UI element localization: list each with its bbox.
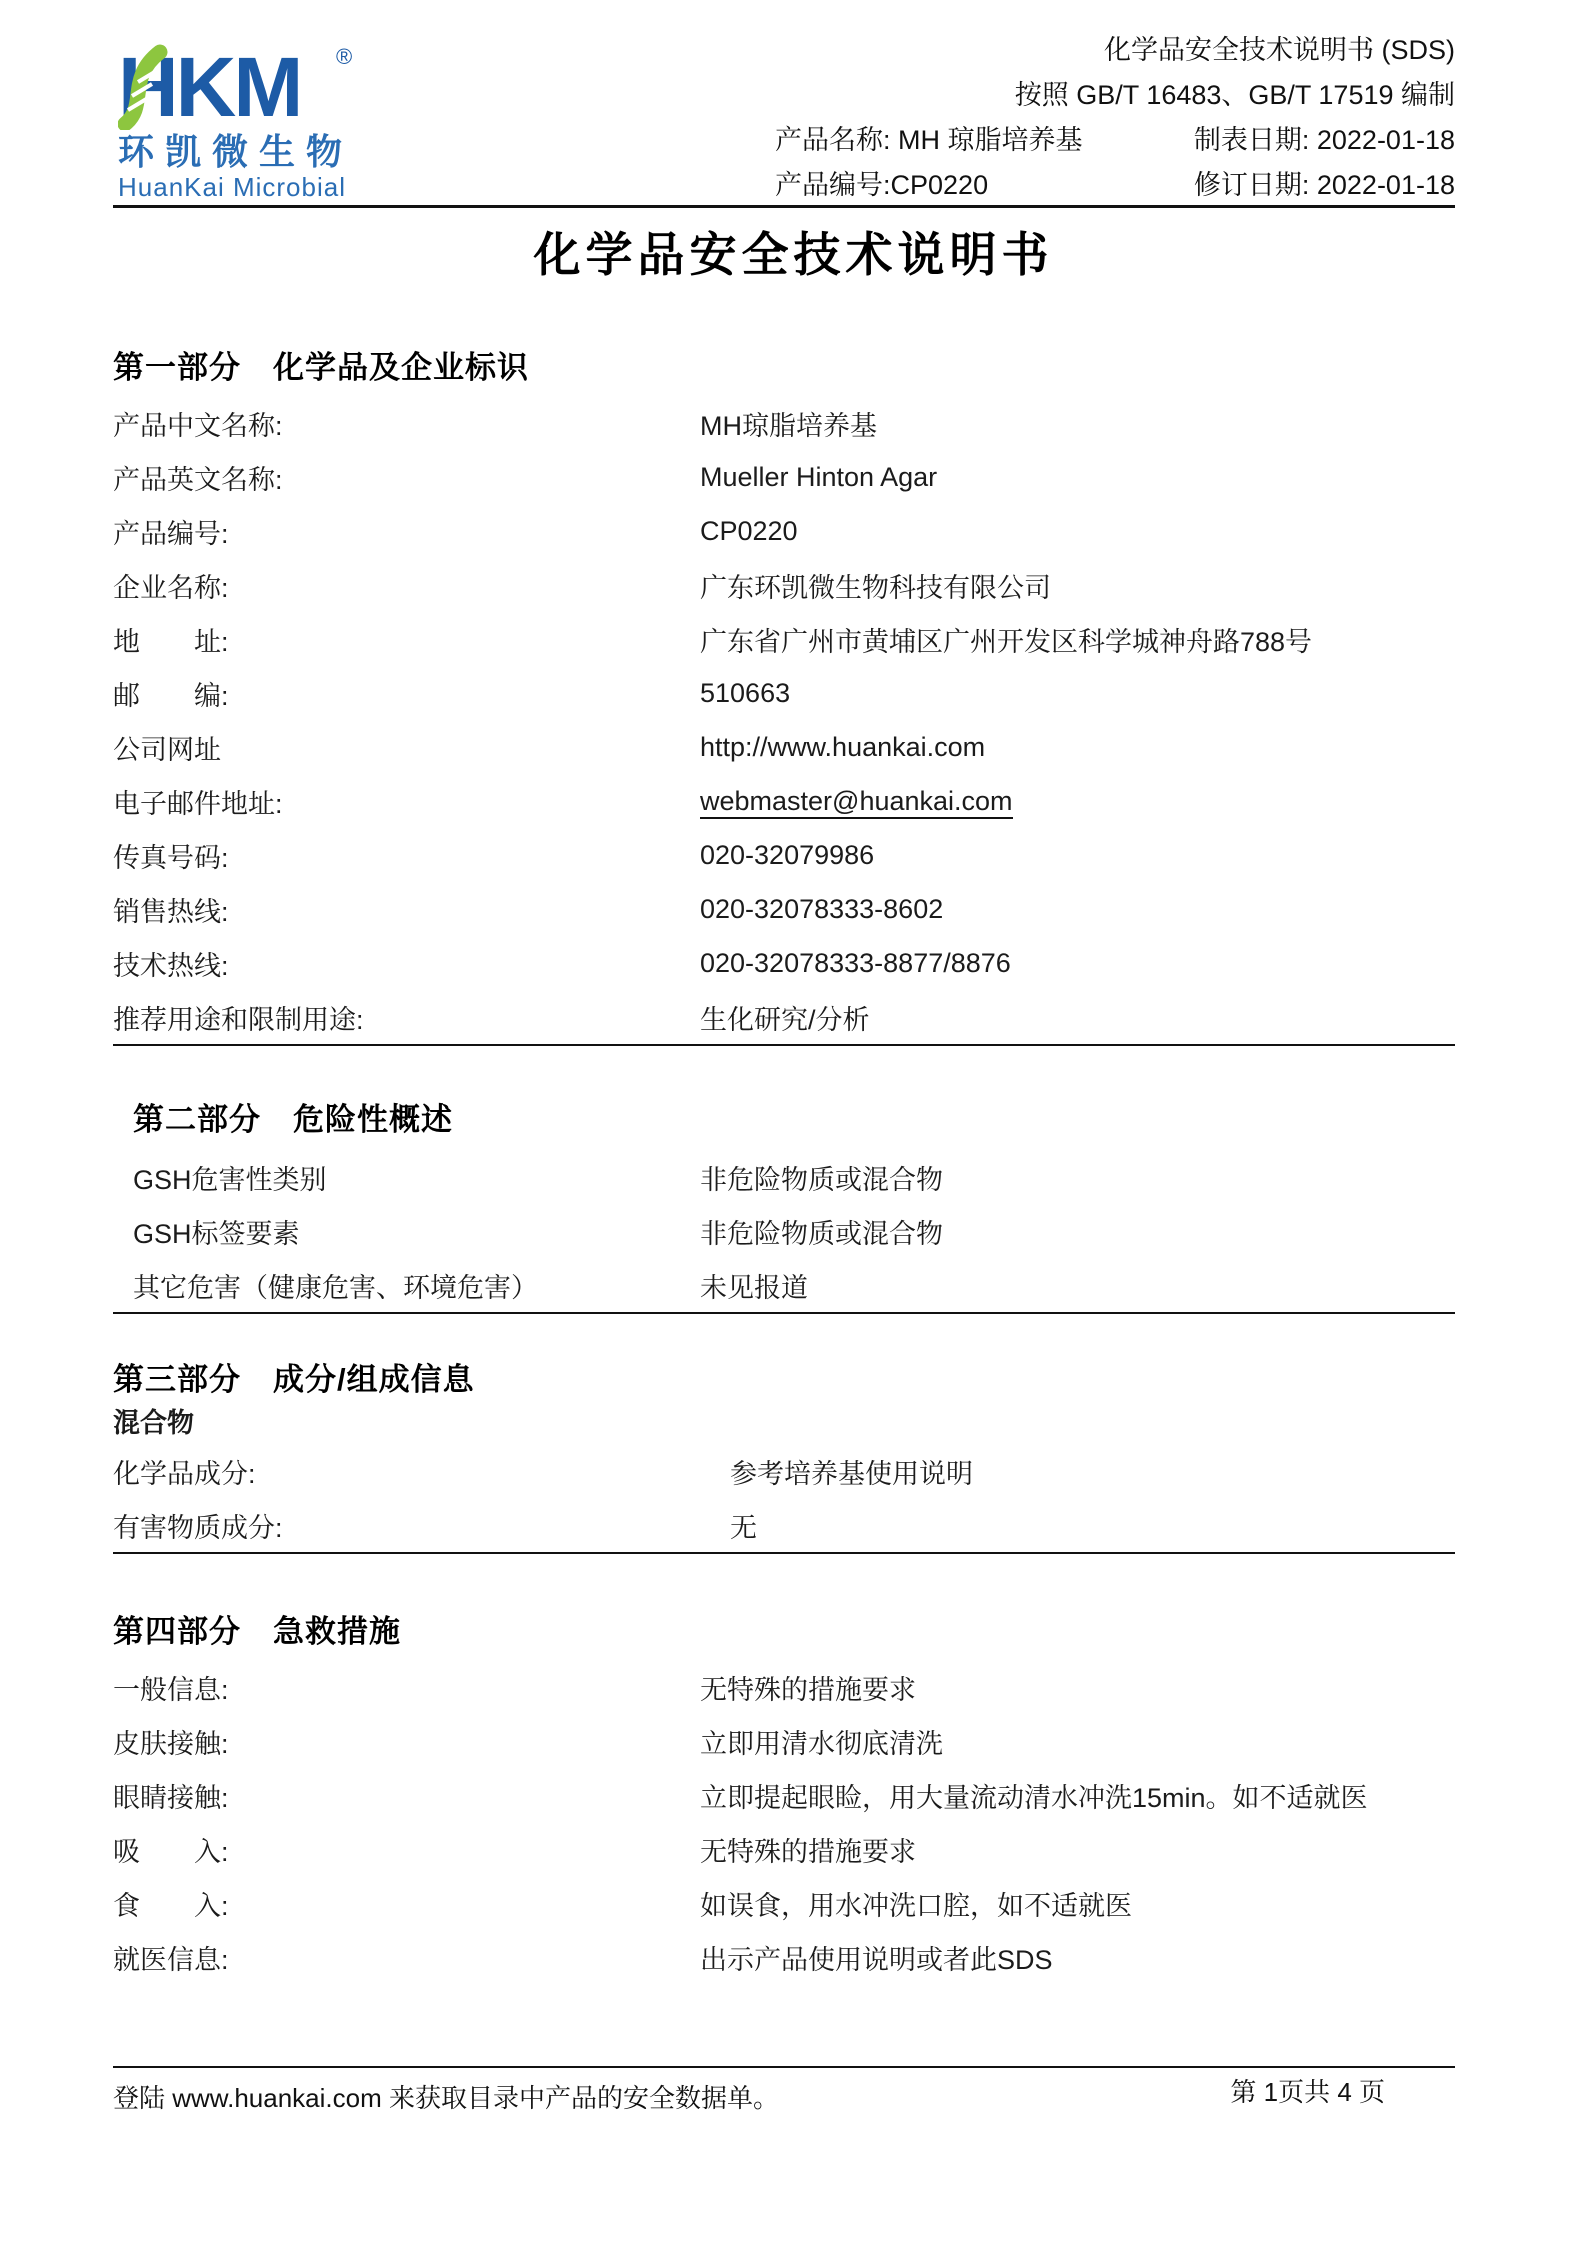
section-3: 第三部分 成分/组成信息 混合物 化学品成分:参考培养基使用说明 有害物质成分:… — [113, 1358, 1455, 1552]
field-row: 技术热线:020-32078333-8877/8876 — [113, 936, 1455, 990]
field-row: 皮肤接触:立即用清水彻底清洗 — [113, 1714, 1455, 1768]
doc-type-line: 化学品安全技术说明书 (SDS) — [775, 28, 1455, 73]
field-row: 企业名称:广东环凯微生物科技有限公司 — [113, 558, 1455, 612]
field-value: 参考培养基使用说明 — [730, 1452, 1455, 1491]
standard-line: 按照 GB/T 16483、GB/T 17519 编制 — [775, 73, 1455, 118]
field-label: 化学品成分: — [113, 1452, 730, 1491]
document-body: 第一部分 化学品及企业标识 产品中文名称:MH琼脂培养基 产品英文名称:Muel… — [113, 330, 1455, 1984]
field-label: 邮 编: — [113, 674, 700, 713]
section-1: 产品中文名称:MH琼脂培养基 产品英文名称:Mueller Hinton Aga… — [113, 396, 1455, 1044]
field-value: 无特殊的措施要求 — [700, 1668, 1455, 1707]
field-row: 推荐用途和限制用途:生化研究/分析 — [113, 990, 1455, 1044]
document-header-meta: 化学品安全技术说明书 (SDS) 按照 GB/T 16483、GB/T 1751… — [775, 28, 1455, 208]
field-label: 公司网址 — [113, 728, 700, 767]
field-value: 无 — [730, 1506, 1455, 1545]
page-number: 第 1页共 4 页 — [1230, 2072, 1385, 2109]
hkm-logo-icon: HKM ® — [118, 42, 418, 130]
header-divider — [113, 205, 1455, 208]
section-4-heading: 第四部分 急救措施 — [113, 1610, 1455, 1654]
field-label: 产品中文名称: — [113, 404, 700, 443]
footer-note: 登陆 www.huankai.com 来获取目录中产品的安全数据单。 — [113, 2078, 779, 2115]
field-label: 皮肤接触: — [113, 1722, 700, 1761]
field-label: GSH标签要素 — [133, 1212, 700, 1251]
field-value: 非危险物质或混合物 — [700, 1158, 1455, 1197]
section-2: 第二部分 危险性概述 GSH危害性类别非危险物质或混合物 GSH标签要素非危险物… — [113, 1098, 1455, 1312]
hkm-logo-svg: HKM ® — [118, 42, 418, 130]
section-3-subheading: 混合物 — [113, 1402, 1455, 1444]
field-label: 有害物质成分: — [113, 1506, 730, 1545]
field-value: 无特殊的措施要求 — [700, 1830, 1455, 1869]
website-url: http://www.huankai.com — [700, 732, 1455, 763]
field-value: 出示产品使用说明或者此SDS — [700, 1938, 1455, 1977]
field-row: 眼睛接触:立即提起眼睑，用大量流动清水冲洗15min。如不适就医 — [113, 1768, 1455, 1822]
field-label: GSH危害性类别 — [133, 1158, 700, 1197]
page-footer: 登陆 www.huankai.com 来获取目录中产品的安全数据单。 第 1页共… — [113, 2066, 1455, 2115]
field-label: 技术热线: — [113, 944, 700, 983]
field-label: 推荐用途和限制用途: — [113, 998, 700, 1037]
field-label: 食 入: — [113, 1884, 700, 1923]
section-divider — [113, 1044, 1455, 1046]
field-label: 传真号码: — [113, 836, 700, 875]
product-code: 产品编号:CP0220 — [775, 163, 988, 208]
field-row: 吸 入:无特殊的措施要求 — [113, 1822, 1455, 1876]
field-row: 其它危害（健康危害、环境危害）未见报道 — [133, 1258, 1455, 1312]
field-value: 020-32078333-8877/8876 — [700, 948, 1455, 979]
field-row: 化学品成分:参考培养基使用说明 — [113, 1444, 1455, 1498]
revised-date: 修订日期: 2022-01-18 — [1194, 163, 1455, 208]
section-2-heading: 第二部分 危险性概述 — [133, 1098, 1455, 1142]
field-row: 地 址:广东省广州市黄埔区广州开发区科学城神舟路788号 — [113, 612, 1455, 666]
created-date: 制表日期: 2022-01-18 — [1194, 118, 1455, 163]
field-label: 企业名称: — [113, 566, 700, 605]
field-row: 电子邮件地址:webmaster@huankai.com — [113, 774, 1455, 828]
company-logo: HKM ® 环凯微生物 HuanKai Microbial — [118, 42, 418, 202]
field-row: 公司网址http://www.huankai.com — [113, 720, 1455, 774]
field-row: 传真号码:020-32079986 — [113, 828, 1455, 882]
field-row: GSH标签要素非危险物质或混合物 — [133, 1204, 1455, 1258]
section-3-heading: 第三部分 成分/组成信息 — [113, 1358, 1455, 1402]
company-name-en: HuanKai Microbial — [118, 172, 418, 202]
field-row: 产品编号:CP0220 — [113, 504, 1455, 558]
field-value: 如误食，用水冲洗口腔，如不适就医 — [700, 1884, 1455, 1923]
field-label: 就医信息: — [113, 1938, 700, 1977]
field-row: 有害物质成分:无 — [113, 1498, 1455, 1552]
field-value: 020-32078333-8602 — [700, 894, 1455, 925]
company-name-cn: 环凯微生物 — [118, 132, 418, 172]
field-row: 销售热线:020-32078333-8602 — [113, 882, 1455, 936]
field-value: 510663 — [700, 678, 1455, 709]
section-divider — [113, 1552, 1455, 1554]
section-divider — [113, 1312, 1455, 1314]
email-link[interactable]: webmaster@huankai.com — [700, 786, 1013, 819]
field-label: 吸 入: — [113, 1830, 700, 1869]
field-value: 立即用清水彻底清洗 — [700, 1722, 1455, 1761]
field-label: 眼睛接触: — [113, 1776, 700, 1815]
field-label: 地 址: — [113, 620, 700, 659]
field-value: 非危险物质或混合物 — [700, 1212, 1455, 1251]
header-row-product-name: 产品名称: MH 琼脂培养基 制表日期: 2022-01-18 — [775, 118, 1455, 163]
field-value: 广东省广州市黄埔区广州开发区科学城神舟路788号 — [700, 620, 1455, 659]
field-label: 电子邮件地址: — [113, 782, 700, 821]
field-label: 其它危害（健康危害、环境危害） — [133, 1266, 700, 1305]
field-label: 一般信息: — [113, 1668, 700, 1707]
field-label: 销售热线: — [113, 890, 700, 929]
page-title: 化学品安全技术说明书 — [0, 218, 1587, 285]
field-row: 就医信息:出示产品使用说明或者此SDS — [113, 1930, 1455, 1984]
field-value: 广东环凯微生物科技有限公司 — [700, 566, 1455, 605]
product-name: 产品名称: MH 琼脂培养基 — [775, 118, 1083, 163]
field-row: 食 入:如误食，用水冲洗口腔，如不适就医 — [113, 1876, 1455, 1930]
field-row: 一般信息:无特殊的措施要求 — [113, 1660, 1455, 1714]
field-value: 020-32079986 — [700, 840, 1455, 871]
field-row: 产品中文名称:MH琼脂培养基 — [113, 396, 1455, 450]
header-row-product-code: 产品编号:CP0220 修订日期: 2022-01-18 — [775, 163, 1455, 208]
registered-mark-icon: ® — [336, 44, 352, 69]
field-row: GSH危害性类别非危险物质或混合物 — [133, 1150, 1455, 1204]
sds-document-page: HKM ® 环凯微生物 HuanKai Microbial 化学品安全技术说明书… — [0, 0, 1587, 2245]
section-1-heading: 第一部分 化学品及企业标识 — [113, 346, 1455, 390]
field-value: 未见报道 — [700, 1266, 1455, 1305]
field-row: 邮 编:510663 — [113, 666, 1455, 720]
field-row: 产品英文名称:Mueller Hinton Agar — [113, 450, 1455, 504]
field-value: CP0220 — [700, 516, 1455, 547]
field-value: 立即提起眼睑，用大量流动清水冲洗15min。如不适就医 — [700, 1776, 1455, 1815]
field-label: 产品编号: — [113, 512, 700, 551]
field-value: 生化研究/分析 — [700, 998, 1455, 1037]
field-label: 产品英文名称: — [113, 458, 700, 497]
field-value: MH琼脂培养基 — [700, 404, 1455, 443]
field-value: Mueller Hinton Agar — [700, 462, 1455, 493]
section-4: 第四部分 急救措施 一般信息:无特殊的措施要求 皮肤接触:立即用清水彻底清洗 眼… — [113, 1610, 1455, 1984]
